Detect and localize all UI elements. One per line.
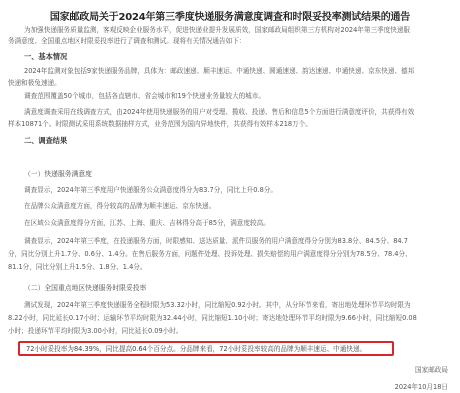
section-1-p1-line-1: 2024年监测对象包括9家快递服务品牌，具体为：邮政速递、顺丰速运、中通快递、圆…: [24, 67, 414, 76]
subsection-2-p1-line-1: 测试发现，2024年第三季度快递服务全程时限为53.32小时，同比缩短0.92小…: [24, 301, 411, 310]
subsection-2-p1-line-3: 小时；投递环节平均时限为3.00小时，同比延长0.09小时。: [8, 327, 182, 336]
subsection-2-p1-line-2: 8.22小时，同比延长0.17小时；运输环节平均时限为32.44小时，同比缩短1…: [8, 314, 417, 323]
highlighted-result-text: 72小时妥投率为84.39%，同比提高0.64个百分点。分品牌来看，72小时妥投…: [26, 345, 366, 354]
subsection-1-heading: （一）快递服务满意度: [24, 170, 92, 179]
section-1-p3-line-1: 满意度调查采用在线调查方式，由2024年使用快递服务的用户对受理、揽收、投递、售…: [24, 108, 414, 117]
signature-org: 国家邮政局: [415, 364, 448, 374]
section-1-heading: 一、基本情况: [24, 52, 67, 61]
section-2-heading: 二、调查结果: [24, 136, 67, 145]
subsection-1-p3: 在区域公众满意度得分方面，江苏、上海、重庆、吉林得分高于85分，满意度较高。: [24, 219, 270, 228]
signature-date: 2024年10月18日: [395, 381, 448, 391]
subsection-2-heading: （二）全国重点地区快递服务时限妥投率: [24, 284, 146, 293]
subsection-1-p2: 在品牌公众满意度方面，得分较高的品牌为顺丰速运、京东快递。: [24, 202, 215, 211]
subsection-1-p4-line-3: 81.1分，同比分别上升1.5分、1.8分、1.4分。: [8, 263, 146, 272]
subsection-1-p4-line-2: 分，同比分别上升1.7分、0.6分、1.4分。在售后服务方面，问题件处理、投诉处…: [8, 250, 412, 259]
section-1-p1-line-2: 快递和极兔速递。: [8, 79, 61, 88]
section-1-p2: 调查范围覆盖50个城市，包括各直辖市、省会城市和19个快递业务量较大的城市。: [24, 92, 265, 101]
subsection-1-p4-line-1: 调查显示，2024年第三季度，在投递服务方面，时限感知、送达质量、派件员服务的用…: [24, 237, 408, 246]
document-title: 国家邮政局关于2024年第三季度快递服务满意度调查和时限妥投率测试结果的通告: [0, 8, 460, 23]
intro-line-2: 务满意度、全国重点地区时限妥投率进行了调查和测试。现将有关情况通告如下：: [8, 37, 245, 46]
highlighted-result-box: 72小时妥投率为84.39%，同比提高0.64个百分点。分品牌来看，72小时妥投…: [18, 341, 394, 356]
section-1-p3-line-2: 样本10871个。时限测试采用系统数据抽样方式，业务范围为国内异地快件，共获得有…: [8, 120, 312, 129]
intro-line-1: 为加强快递服务质量监测，客观反映企业服务水平，促进快递业提升发展质效，国家邮政局…: [24, 26, 410, 35]
subsection-1-p1: 调查显示，2024年第三季度用户快递服务公众满意度得分为83.7分，同比上升0.…: [24, 186, 277, 195]
